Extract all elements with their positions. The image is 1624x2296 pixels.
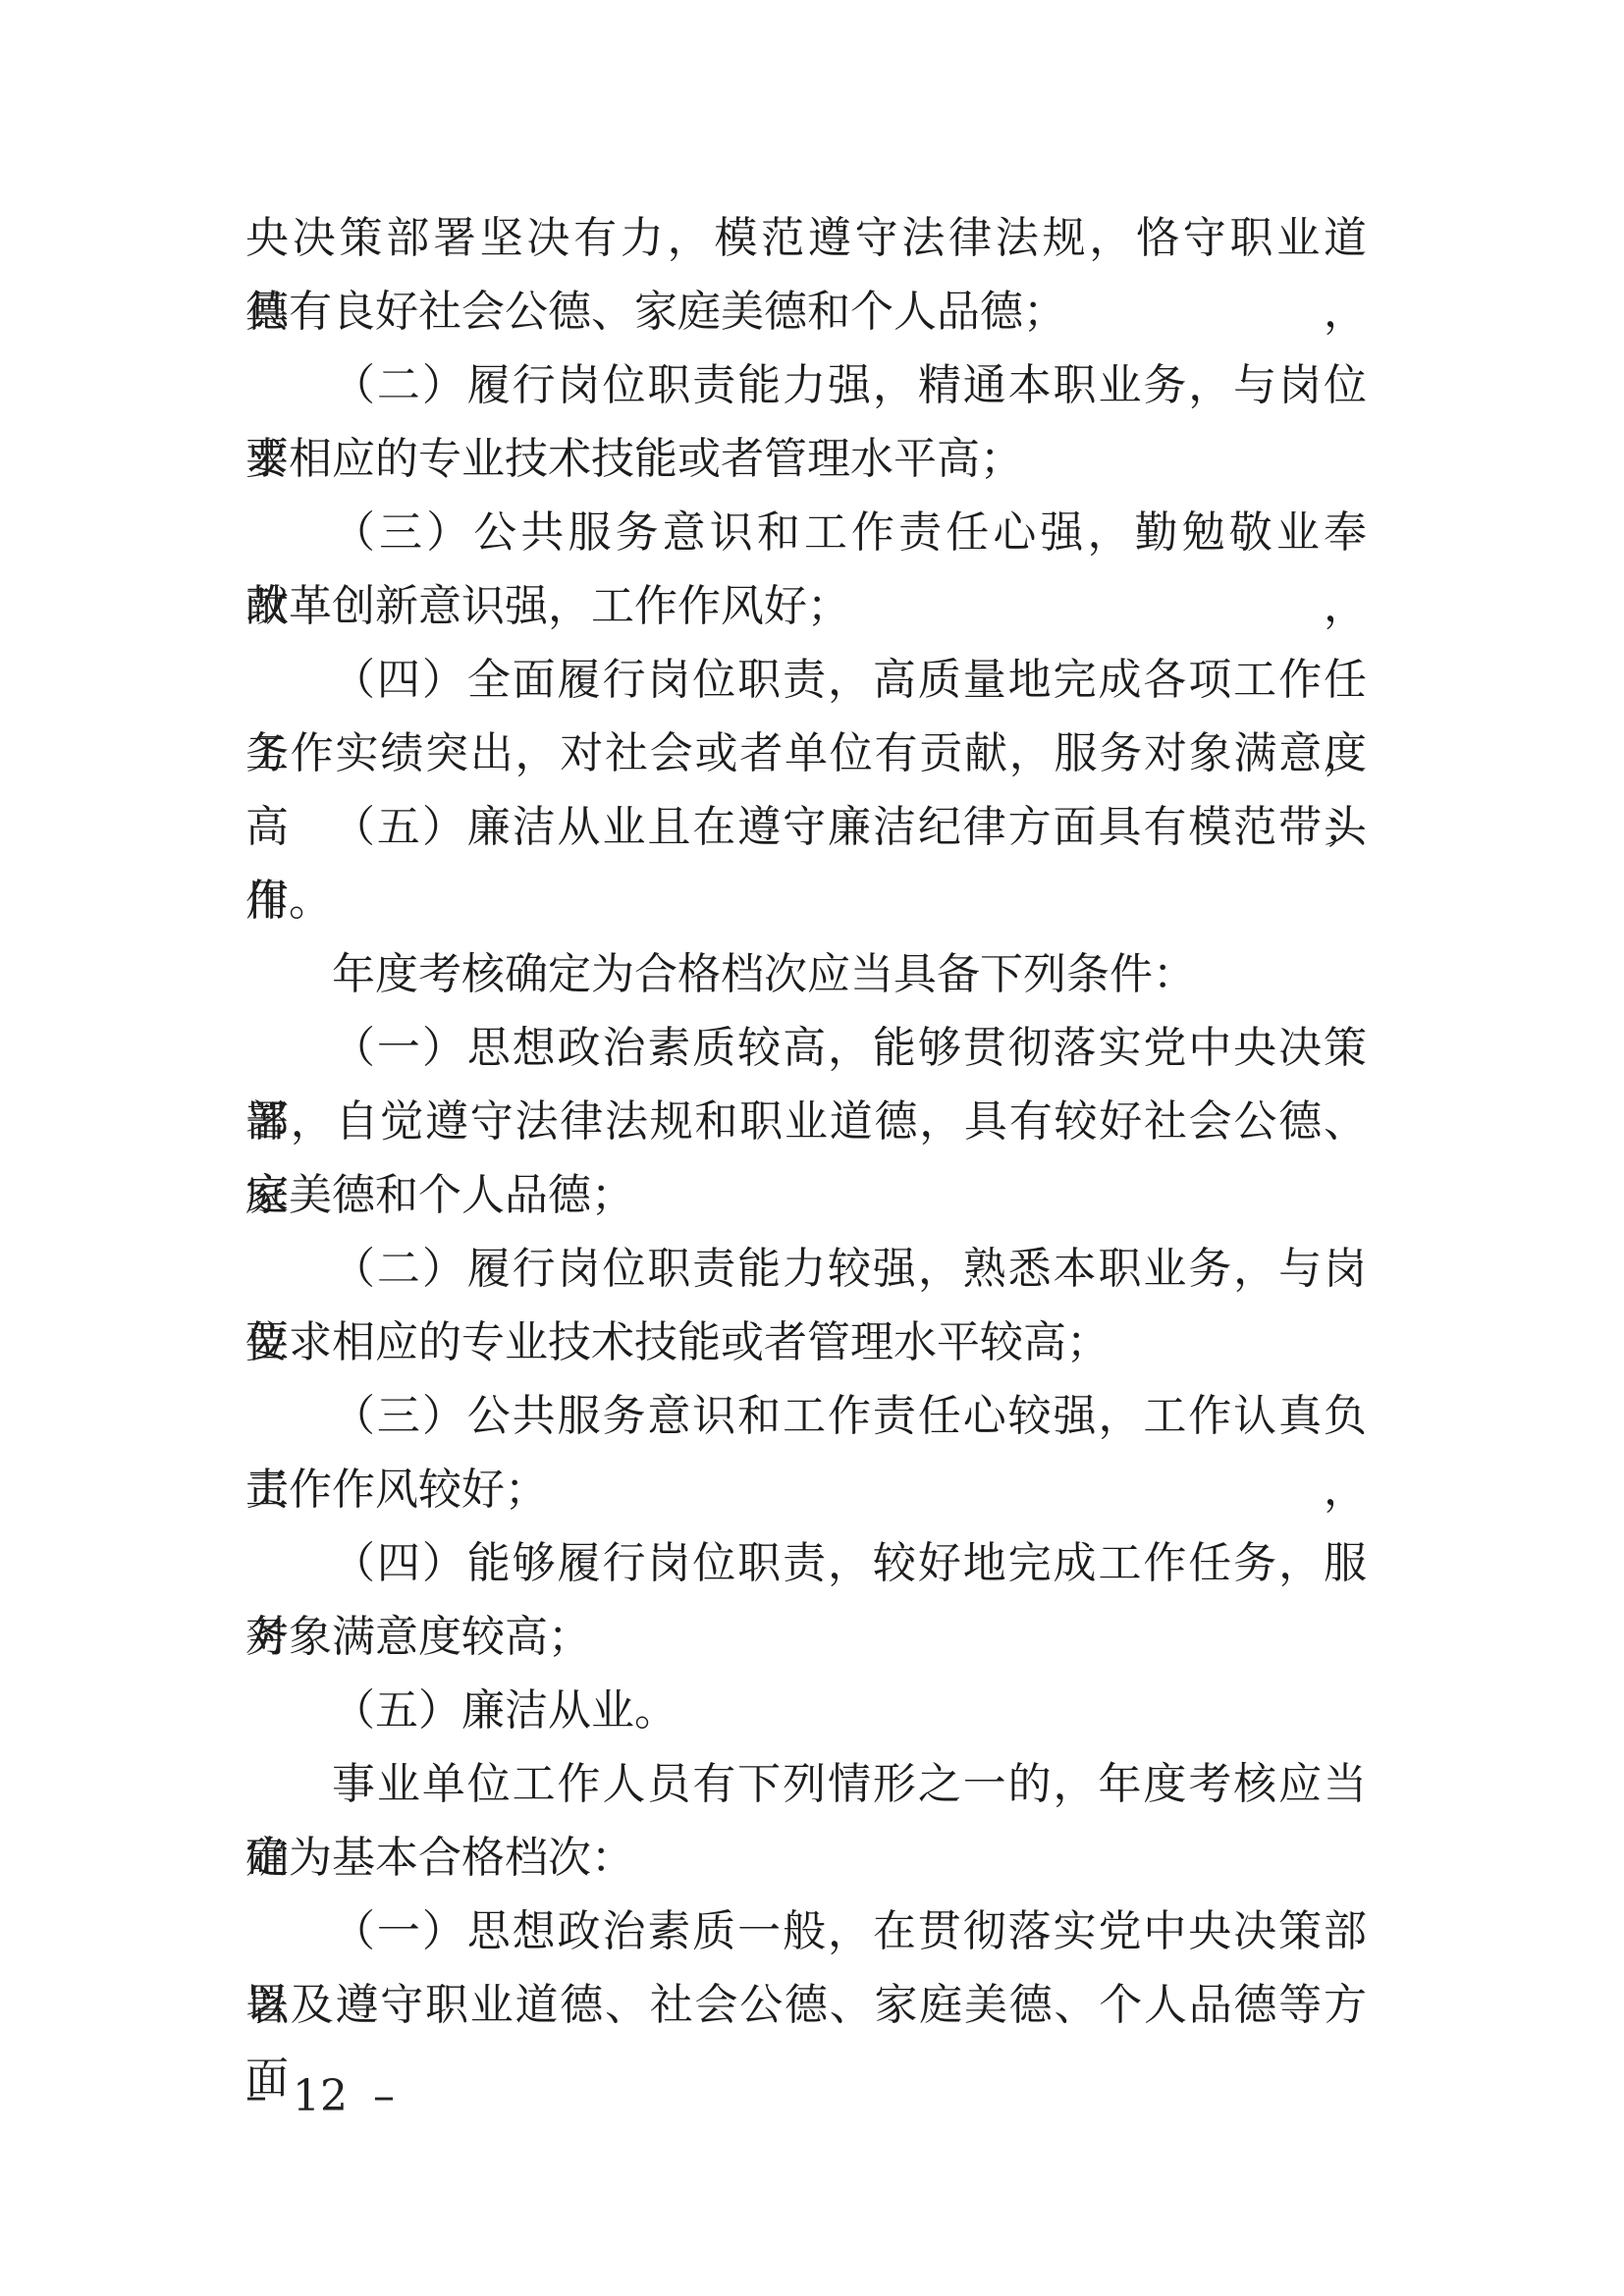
text-line: （三）公共服务意识和工作责任心较强，工作认真负责，: [245, 1379, 1367, 1453]
text-line: 以及遵守职业道德、社会公德、家庭美德、个人品德等方面: [245, 1968, 1367, 2042]
text-line: （五）廉洁从业且在遵守廉洁纪律方面具有模范带头作: [245, 790, 1367, 864]
document-page: 央决策部署坚决有力，模范遵守法律法规，恪守职业道德， 具有良好社会公德、家庭美德…: [0, 0, 1624, 2296]
text-line: 事业单位工作人员有下列情形之一的，年度考核应当确: [245, 1747, 1367, 1821]
text-line: （一）思想政治素质一般，在贯彻落实党中央决策部署: [245, 1895, 1367, 1968]
text-line: （二）履行岗位职责能力强，精通本职业务，与岗位要: [245, 348, 1367, 422]
text-line: 庭美德和个人品德；: [245, 1158, 1367, 1232]
document-text-block: 央决策部署坚决有力，模范遵守法律法规，恪守职业道德， 具有良好社会公德、家庭美德…: [245, 201, 1367, 2042]
text-line: 求相应的专业技术技能或者管理水平高；: [245, 422, 1367, 496]
text-line: （三）公共服务意识和工作责任心强，勤勉敬业奉献，: [245, 496, 1367, 569]
text-line: 年度考核确定为合格档次应当具备下列条件：: [245, 937, 1367, 1011]
page-number: – 12 –: [245, 2067, 395, 2126]
text-line: 定为基本合格档次：: [245, 1821, 1367, 1895]
text-line: 要求相应的专业技术技能或者管理水平较高；: [245, 1306, 1367, 1379]
text-line: 署，自觉遵守法律法规和职业道德，具有较好社会公德、家: [245, 1085, 1367, 1158]
text-line: （四）全面履行岗位职责，高质量地完成各项工作任务，: [245, 643, 1367, 717]
text-line: 对象满意度较高；: [245, 1600, 1367, 1674]
text-line: 央决策部署坚决有力，模范遵守法律法规，恪守职业道德，: [245, 201, 1367, 275]
text-line: （四）能够履行岗位职责，较好地完成工作任务，服务: [245, 1526, 1367, 1600]
text-line: （五）廉洁从业。: [245, 1674, 1367, 1747]
text-line: （二）履行岗位职责能力较强，熟悉本职业务，与岗位: [245, 1232, 1367, 1306]
text-line: （一）思想政治素质较高，能够贯彻落实党中央决策部: [245, 1011, 1367, 1085]
text-line: 用。: [245, 864, 1367, 937]
text-line: 工作实绩突出，对社会或者单位有贡献，服务对象满意度高；: [245, 717, 1367, 790]
